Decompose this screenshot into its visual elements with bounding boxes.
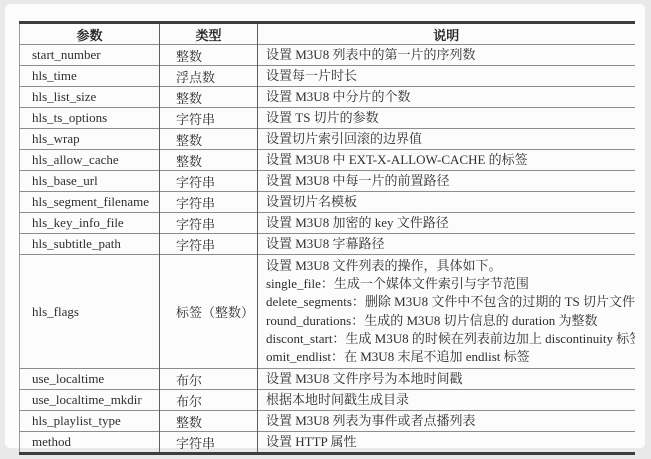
param-cell: hls_segment_filename <box>20 192 160 213</box>
header-type: 类型 <box>160 23 258 45</box>
table-row: start_number整数设置 M3U8 列表中的第一片的序列数 <box>20 45 635 66</box>
desc-line: 设置 TS 切片的参数 <box>266 109 635 127</box>
table-row: hls_list_size整数设置 M3U8 中分片的个数 <box>20 87 635 108</box>
header-desc: 说明 <box>258 23 635 45</box>
header-param: 参数 <box>20 23 160 45</box>
scanned-page: 参数 类型 说明 start_number整数设置 M3U8 列表中的第一片的序… <box>5 4 645 448</box>
desc-line: 设置 M3U8 中 EXT-X-ALLOW-CACHE 的标签 <box>266 151 635 169</box>
type-cell: 字符串 <box>160 213 258 234</box>
table-row: hls_segment_filename字符串设置切片名模板 <box>20 192 635 213</box>
desc-cell: 设置 M3U8 中 EXT-X-ALLOW-CACHE 的标签 <box>258 150 635 171</box>
desc-cell: 设置 M3U8 中每一片的前置路径 <box>258 171 635 192</box>
desc-line: 设置 M3U8 文件列表的操作，具体如下。 <box>266 257 635 275</box>
param-cell: use_localtime <box>20 369 160 390</box>
desc-line: delete_segments：删除 M3U8 文件中不包含的过期的 TS 切片… <box>266 293 635 311</box>
type-cell: 整数 <box>160 411 258 432</box>
desc-line: 设置切片名模板 <box>266 193 635 211</box>
param-cell: hls_subtitle_path <box>20 234 160 255</box>
desc-line: 根据本地时间戳生成目录 <box>266 391 635 409</box>
param-cell: hls_base_url <box>20 171 160 192</box>
desc-cell: 设置每一片时长 <box>258 66 635 87</box>
type-cell: 布尔 <box>160 369 258 390</box>
desc-cell: 设置 M3U8 文件序号为本地时间戳 <box>258 369 635 390</box>
type-cell: 整数 <box>160 150 258 171</box>
desc-line: 设置 M3U8 中每一片的前置路径 <box>266 172 635 190</box>
table-body: start_number整数设置 M3U8 列表中的第一片的序列数hls_tim… <box>20 45 635 454</box>
type-cell: 字符串 <box>160 108 258 129</box>
param-cell: hls_time <box>20 66 160 87</box>
param-cell: use_localtime_mkdir <box>20 390 160 411</box>
table-row: use_localtime布尔设置 M3U8 文件序号为本地时间戳 <box>20 369 635 390</box>
param-cell: hls_ts_options <box>20 108 160 129</box>
table-row: use_localtime_mkdir布尔根据本地时间戳生成目录 <box>20 390 635 411</box>
desc-cell: 设置 M3U8 列表为事件或者点播列表 <box>258 411 635 432</box>
desc-cell: 设置 HTTP 属性 <box>258 432 635 454</box>
type-cell: 浮点数 <box>160 66 258 87</box>
table-row: hls_ts_options字符串设置 TS 切片的参数 <box>20 108 635 129</box>
type-cell: 布尔 <box>160 390 258 411</box>
desc-cell: 设置 M3U8 加密的 key 文件路径 <box>258 213 635 234</box>
type-cell: 整数 <box>160 129 258 150</box>
desc-cell: 设置切片名模板 <box>258 192 635 213</box>
param-cell: hls_flags <box>20 255 160 369</box>
desc-line: 设置 M3U8 字幕路径 <box>266 235 635 253</box>
desc-line: round_durations：生成的 M3U8 切片信息的 duration … <box>266 312 635 330</box>
desc-line: discont_start：生成 M3U8 的时候在列表前边加上 discont… <box>266 330 635 348</box>
table-row: hls_subtitle_path字符串设置 M3U8 字幕路径 <box>20 234 635 255</box>
param-cell: hls_allow_cache <box>20 150 160 171</box>
desc-line: 设置 M3U8 加密的 key 文件路径 <box>266 214 635 232</box>
type-cell: 字符串 <box>160 192 258 213</box>
desc-cell: 设置 M3U8 中分片的个数 <box>258 87 635 108</box>
desc-line: 设置 M3U8 中分片的个数 <box>266 88 635 106</box>
desc-line: 设置每一片时长 <box>266 67 635 85</box>
table-row: hls_flags标签（整数）设置 M3U8 文件列表的操作，具体如下。sing… <box>20 255 635 369</box>
table-row: hls_allow_cache整数设置 M3U8 中 EXT-X-ALLOW-C… <box>20 150 635 171</box>
desc-line: omit_endlist：在 M3U8 末尾不追加 endlist 标签 <box>266 348 635 366</box>
desc-line: 设置 HTTP 属性 <box>266 433 635 451</box>
param-cell: method <box>20 432 160 454</box>
type-cell: 标签（整数） <box>160 255 258 369</box>
desc-cell: 设置 M3U8 列表中的第一片的序列数 <box>258 45 635 66</box>
table-row: hls_time浮点数设置每一片时长 <box>20 66 635 87</box>
desc-cell: 设置 M3U8 字幕路径 <box>258 234 635 255</box>
param-cell: hls_key_info_file <box>20 213 160 234</box>
desc-line: 设置 M3U8 文件序号为本地时间戳 <box>266 370 635 388</box>
desc-line: 设置 M3U8 列表为事件或者点播列表 <box>266 412 635 430</box>
desc-cell: 设置切片索引回滚的边界值 <box>258 129 635 150</box>
hls-params-table: 参数 类型 说明 start_number整数设置 M3U8 列表中的第一片的序… <box>19 21 635 455</box>
desc-cell: 设置 TS 切片的参数 <box>258 108 635 129</box>
type-cell: 字符串 <box>160 432 258 454</box>
param-cell: hls_list_size <box>20 87 160 108</box>
param-cell: hls_wrap <box>20 129 160 150</box>
type-cell: 整数 <box>160 87 258 108</box>
desc-line: single_file：生成一个媒体文件索引与字节范围 <box>266 275 635 293</box>
desc-line: 设置 M3U8 列表中的第一片的序列数 <box>266 46 635 64</box>
table-row: method字符串设置 HTTP 属性 <box>20 432 635 454</box>
desc-line: 设置切片索引回滚的边界值 <box>266 130 635 148</box>
type-cell: 字符串 <box>160 234 258 255</box>
param-cell: start_number <box>20 45 160 66</box>
desc-cell: 设置 M3U8 文件列表的操作，具体如下。single_file：生成一个媒体文… <box>258 255 635 369</box>
type-cell: 字符串 <box>160 171 258 192</box>
table-row: hls_key_info_file字符串设置 M3U8 加密的 key 文件路径 <box>20 213 635 234</box>
param-cell: hls_playlist_type <box>20 411 160 432</box>
type-cell: 整数 <box>160 45 258 66</box>
desc-cell: 根据本地时间戳生成目录 <box>258 390 635 411</box>
header-row: 参数 类型 说明 <box>20 23 635 45</box>
table-row: hls_base_url字符串设置 M3U8 中每一片的前置路径 <box>20 171 635 192</box>
table-row: hls_wrap整数设置切片索引回滚的边界值 <box>20 129 635 150</box>
table-row: hls_playlist_type整数设置 M3U8 列表为事件或者点播列表 <box>20 411 635 432</box>
